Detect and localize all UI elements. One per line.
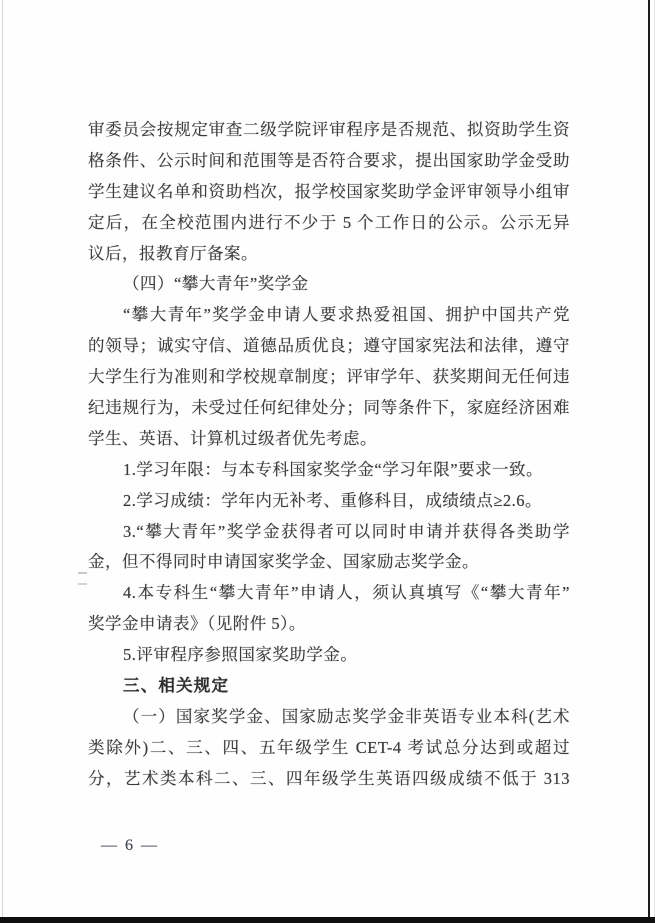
- scan-artifact: [78, 572, 87, 585]
- text-line: （一）国家奖学金、国家励志奖学金非英语专业本科(艺术: [88, 702, 570, 733]
- page-frame-right: [648, 0, 650, 923]
- text-line: 2.学习成绩：学年内无补考、重修科目，成绩绩点≥2.6。: [88, 486, 570, 517]
- page-frame-left: [2, 0, 3, 923]
- text-line: 分，艺术类本科二、三、四年级学生英语四级成绩不低于 313 分，: [88, 764, 570, 795]
- document-page: 审委员会按规定审查二级学院评审程序是否规范、拟资助学生资格条件、公示时间和范围等…: [0, 0, 655, 923]
- text-line: 金，但不得同时申请国家奖学金、国家励志奖学金。: [88, 547, 570, 578]
- text-line: “攀大青年”奖学金申请人要求热爱祖国、拥护中国共产党: [88, 300, 570, 331]
- text-line: 4.本专科生“攀大青年”申请人，须认真填写《“攀大青年”: [88, 578, 570, 609]
- text-line: 大学生行为准则和学校规章制度；评审学年、获奖期间无任何违: [88, 362, 570, 393]
- text-line: （四）“攀大青年”奖学金: [88, 269, 570, 300]
- text-line: 的领导；诚实守信、道德品质优良；遵守国家宪法和法律，遵守: [88, 331, 570, 362]
- text-line: 5.评审程序参照国家奖助学金。: [88, 640, 570, 671]
- text-line: 3.“攀大青年”奖学金获得者可以同时申请并获得各类助学: [88, 517, 570, 548]
- page-number: — 6 —: [101, 837, 159, 855]
- text-line: 1.学习年限：与本专科国家奖学金“学习年限”要求一致。: [88, 455, 570, 486]
- section-heading: 三、相关规定: [88, 671, 570, 702]
- text-line: 审委员会按规定审查二级学院评审程序是否规范、拟资助学生资: [88, 115, 570, 146]
- document-body: 审委员会按规定审查二级学院评审程序是否规范、拟资助学生资格条件、公示时间和范围等…: [88, 115, 570, 795]
- text-line: 学生、英语、计算机过级者优先考虑。: [88, 424, 570, 455]
- page-frame-bottom: [0, 917, 655, 923]
- text-line: 定后，在全校范围内进行不少于 5 个工作日的公示。公示无异: [88, 208, 570, 239]
- text-line: 纪违规行为，未受过任何纪律处分；同等条件下，家庭经济困难: [88, 393, 570, 424]
- text-line: 议后，报教育厅备案。: [88, 239, 570, 270]
- text-line: 格条件、公示时间和范围等是否符合要求，提出国家助学金受助: [88, 146, 570, 177]
- text-line: 学生建议名单和资助档次，报学校国家奖助学金评审领导小组审: [88, 177, 570, 208]
- text-line: 奖学金申请表》（见附件 5）。: [88, 609, 570, 640]
- text-line: 类除外)二、三、四、五年级学生 CET-4 考试总分达到或超过 425: [88, 733, 570, 764]
